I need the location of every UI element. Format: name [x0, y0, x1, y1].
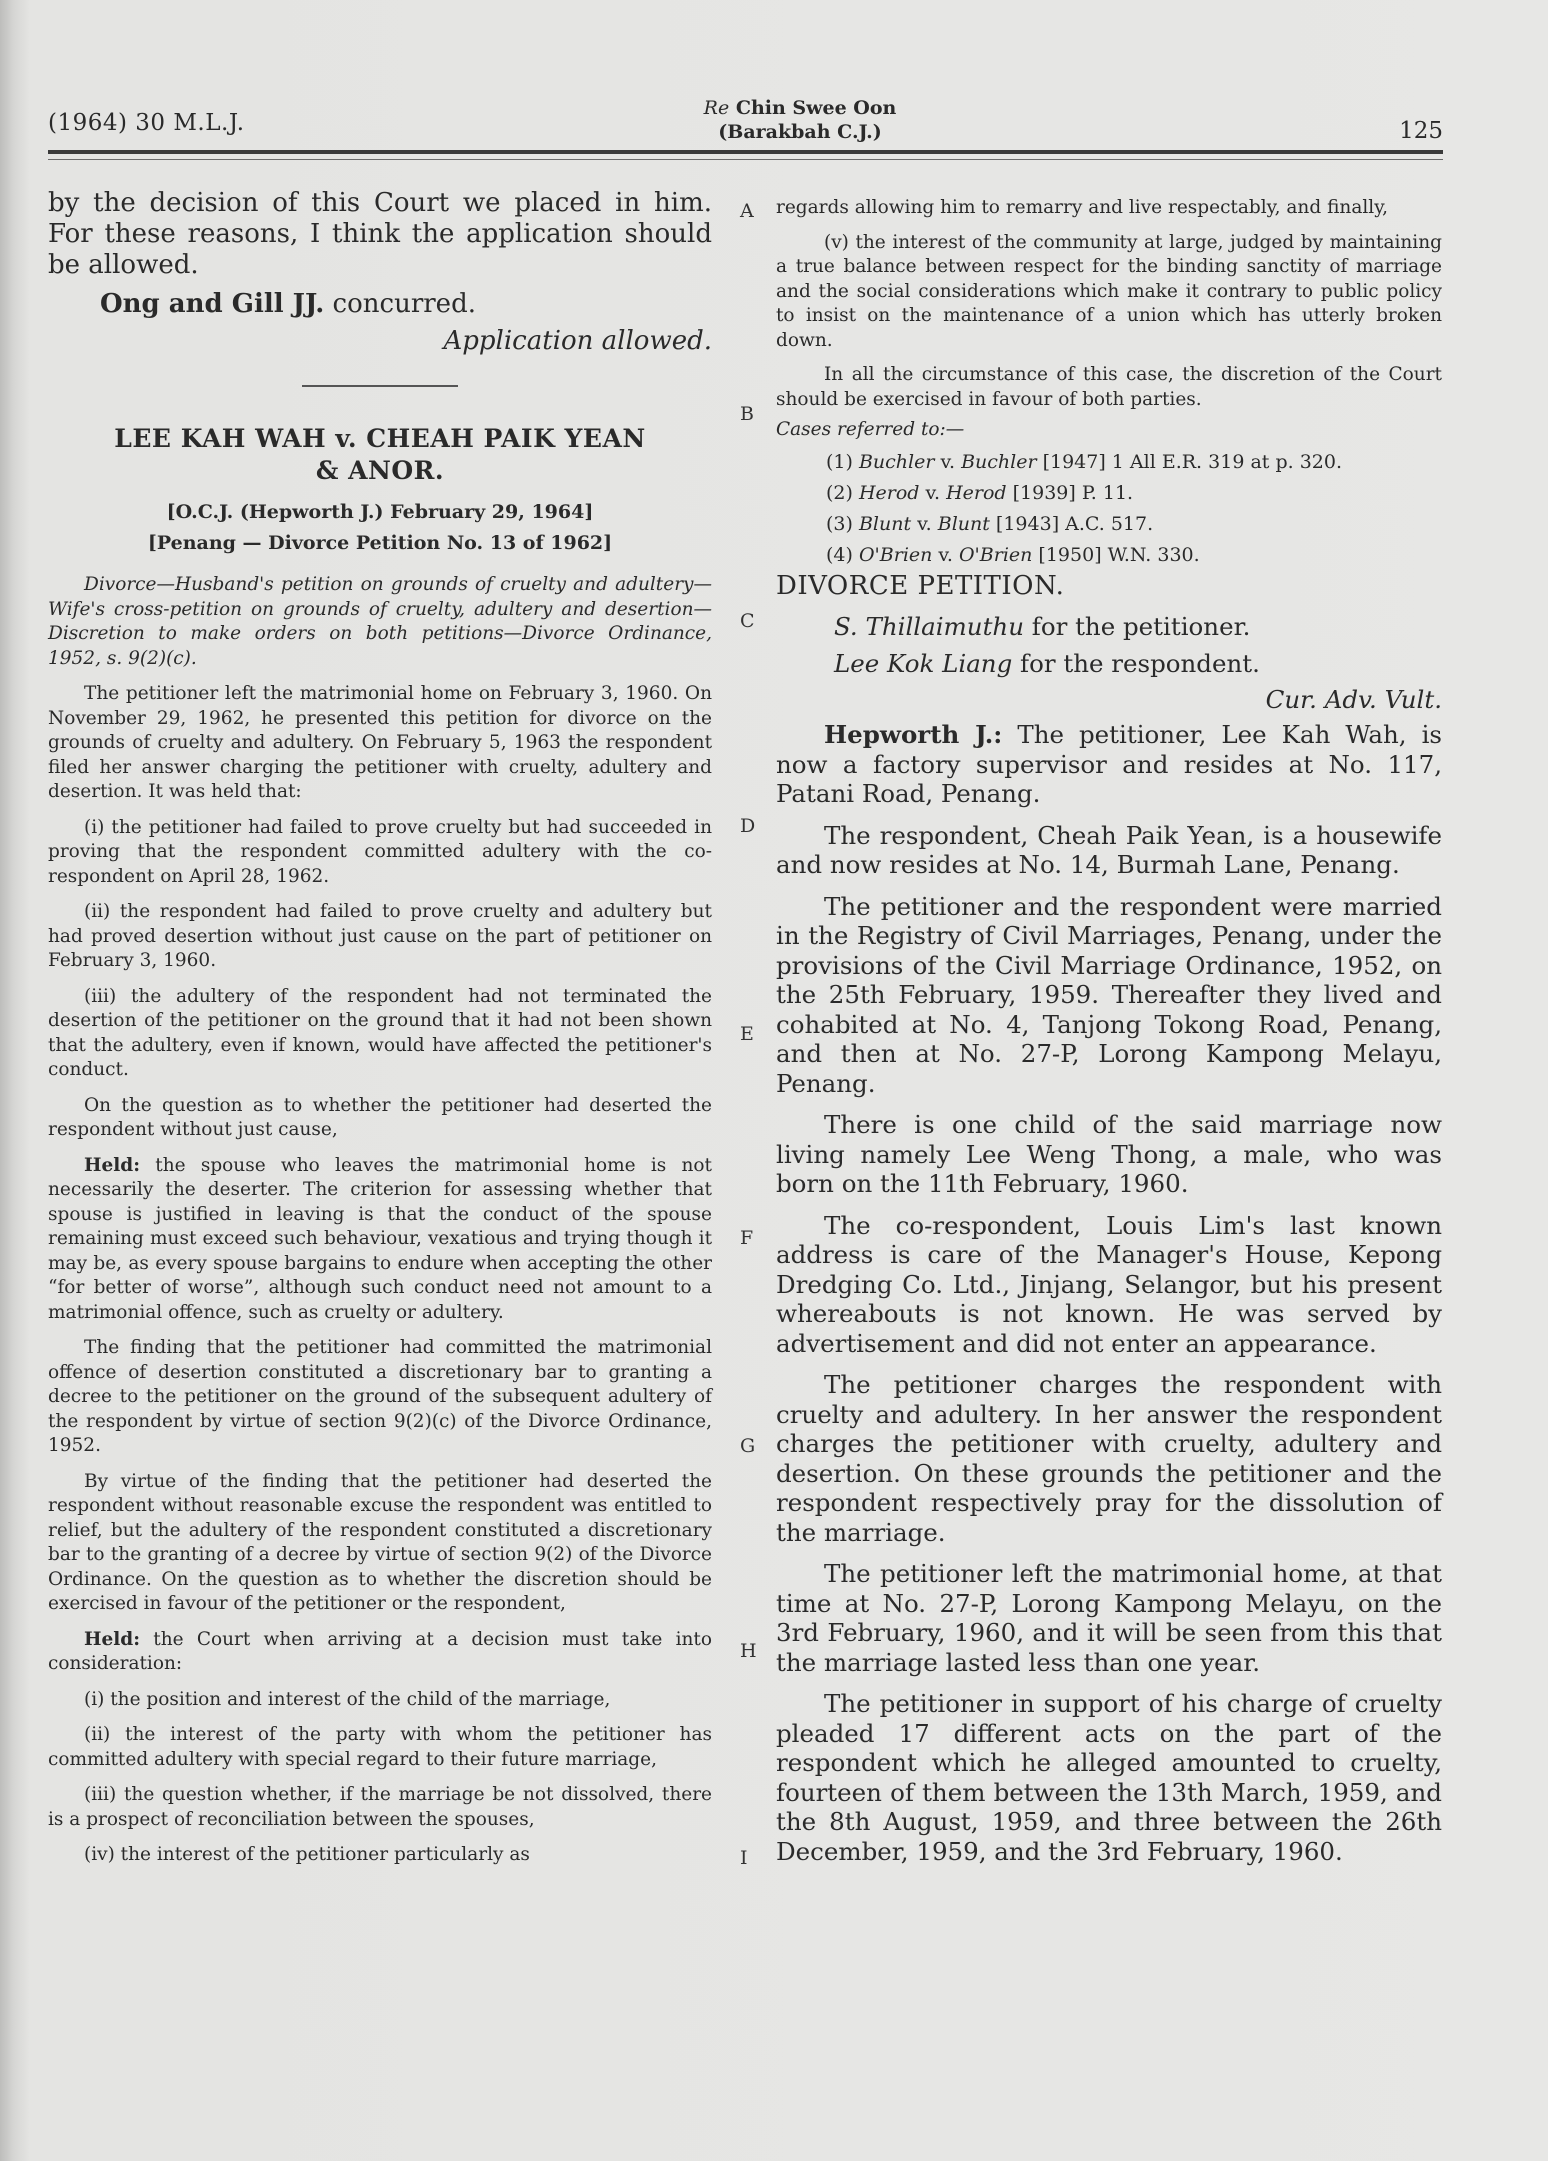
- case-citation: (3) Blunt v. Blunt [1943] A.C. 517.: [776, 511, 1442, 537]
- judgment-paragraph: The co-respondent, Louis Lim's last know…: [776, 1211, 1442, 1359]
- judgment-paragraph: The respondent, Cheah Paik Yean, is a ho…: [776, 821, 1442, 880]
- held-desertion-text: the spouse who leaves the matrimonial ho…: [48, 1155, 712, 1323]
- margin-letter-g: G: [740, 1435, 755, 1457]
- held-discretion-text: the Court when arriving at a decision mu…: [48, 1629, 712, 1675]
- case-v: v.: [934, 451, 961, 473]
- case-citation: (2) Herod v. Herod [1939] P. 11.: [776, 480, 1442, 506]
- case-party: Buchler: [859, 451, 934, 473]
- counsel-petitioner: S. Thillaimuthu for the petitioner.: [776, 612, 1442, 642]
- counsel-role: for the respondent.: [1012, 649, 1260, 678]
- case-ref: [1939] P. 11.: [1007, 482, 1134, 504]
- running-header: Re Chin Swee Oon (Barakbah C.J.): [600, 96, 1000, 144]
- holding-1: (i) the petitioner had failed to prove c…: [48, 816, 712, 890]
- case-num: (4): [826, 544, 853, 566]
- question-desertion: On the question as to whether the petiti…: [48, 1094, 712, 1143]
- page-number: 125: [1399, 118, 1443, 144]
- header-rule-thin: [48, 159, 1443, 160]
- held-desertion: Held: the spouse who leaves the matrimon…: [48, 1154, 712, 1326]
- headnote-facts: The petitioner left the matrimonial home…: [48, 682, 712, 805]
- case-title: LEE KAH WAH v. CHEAH PAIK YEAN & ANOR.: [48, 423, 712, 487]
- counsel-role: for the petitioner.: [1024, 612, 1250, 641]
- held-label-2: Held:: [84, 1629, 140, 1650]
- case-v: v.: [911, 513, 938, 535]
- left-column: by the decision of this Court we placed …: [48, 188, 712, 1868]
- finding: The finding that the petitioner had comm…: [48, 1336, 712, 1459]
- judgment-paragraph: The petitioner and the respondent were m…: [776, 892, 1442, 1099]
- result: Application allowed.: [48, 326, 712, 357]
- citation: (1964) 30 M.L.J.: [48, 110, 245, 136]
- case-party: Blunt: [859, 513, 911, 535]
- proceeding-heading: DIVORCE PETITION.: [776, 570, 1442, 602]
- catchwords: Divorce—Husband's petition on grounds of…: [48, 573, 712, 671]
- margin-letter-b: B: [740, 403, 754, 425]
- running-title-prefix: Re: [704, 97, 730, 119]
- case-party: Herod: [859, 482, 920, 504]
- case-v: v.: [932, 544, 959, 566]
- case-num: (3): [826, 513, 853, 535]
- cases-list: (1) Buchler v. Buchler [1947] 1 All E.R.…: [776, 449, 1442, 568]
- case-ref: [1947] 1 All E.R. 319 at p. 320.: [1037, 451, 1342, 473]
- court-line: [O.C.J. (Hepworth J.) February 29, 1964]: [48, 497, 712, 528]
- consideration-4-continued: regards allowing him to remarry and live…: [776, 196, 1442, 221]
- running-judge: (Barakbah C.J.): [600, 120, 1000, 144]
- margin-letter-c: C: [740, 610, 755, 632]
- case-citation: (1) Buchler v. Buchler [1947] 1 All E.R.…: [776, 449, 1442, 475]
- case-citation: (4) O'Brien v. O'Brien [1950] W.N. 330.: [776, 542, 1442, 568]
- concurrence-judges: Ong and Gill JJ.: [100, 289, 324, 319]
- margin-letter-i: I: [740, 1847, 748, 1869]
- counsel-name: S. Thillaimuthu: [834, 612, 1024, 641]
- running-title: Chin Swee Oon: [736, 97, 897, 119]
- consideration-4: (iv) the interest of the petitioner part…: [48, 1843, 712, 1868]
- case-num: (1): [826, 451, 853, 473]
- held-discretion: Held: the Court when arriving at a decis…: [48, 1628, 712, 1677]
- judgment-paragraph: Hepworth J.: The petitioner, Lee Kah Wah…: [776, 720, 1442, 809]
- judgment-paragraph: The petitioner charges the respondent wi…: [776, 1370, 1442, 1547]
- case-v: v.: [919, 482, 946, 504]
- case-party: Herod: [946, 482, 1007, 504]
- counsel-name: Lee Kok Liang: [834, 649, 1012, 678]
- margin-letter-d: D: [740, 815, 755, 837]
- consideration-3: (iii) the question whether, if the marri…: [48, 1783, 712, 1832]
- header-rule-thick: [48, 150, 1443, 154]
- margin-letter-h: H: [740, 1640, 757, 1662]
- cur-adv-vult: Cur. Adv. Vult.: [776, 685, 1442, 715]
- consideration-2: (ii) the interest of the party with whom…: [48, 1723, 712, 1772]
- margin-letter-a: A: [740, 200, 754, 222]
- case-separator: [302, 385, 458, 387]
- case-num: (2): [826, 482, 853, 504]
- case-ref: [1950] W.N. 330.: [1032, 544, 1199, 566]
- conclusion: In all the circumstance of this case, th…: [776, 363, 1442, 412]
- holding-2: (ii) the respondent had failed to prove …: [48, 900, 712, 974]
- judgment-paragraph: The petitioner in support of his charge …: [776, 1689, 1442, 1866]
- margin-letter-f: F: [740, 1227, 753, 1249]
- case-party: O'Brien: [859, 544, 932, 566]
- consideration-1: (i) the position and interest of the chi…: [48, 1688, 712, 1713]
- consideration-5: (v) the interest of the community at lar…: [776, 231, 1442, 354]
- counsel-respondent: Lee Kok Liang for the respondent.: [776, 649, 1442, 679]
- concurrence-text: concurred.: [324, 289, 476, 319]
- page: (1964) 30 M.L.J. Re Chin Swee Oon (Barak…: [0, 0, 1548, 2161]
- holding-3: (iii) the adultery of the respondent had…: [48, 985, 712, 1083]
- judge-label: Hepworth J.:: [824, 720, 1002, 749]
- case-ref: [1943] A.C. 517.: [990, 513, 1153, 535]
- margin-letter-e: E: [740, 1023, 754, 1045]
- previous-case-ending: by the decision of this Court we placed …: [48, 188, 712, 281]
- by-virtue: By virtue of the finding that the petiti…: [48, 1470, 712, 1617]
- judgment-paragraph: The petitioner left the matrimonial home…: [776, 1559, 1442, 1677]
- case-party: Buchler: [961, 451, 1036, 473]
- cases-heading: Cases referred to:—: [776, 418, 1442, 443]
- petition-line: [Penang — Divorce Petition No. 13 of 196…: [48, 528, 712, 559]
- case-party: O'Brien: [959, 544, 1032, 566]
- concurrence: Ong and Gill JJ. concurred.: [48, 289, 712, 320]
- right-column: regards allowing him to remarry and live…: [776, 196, 1442, 1866]
- held-label: Held:: [84, 1155, 140, 1176]
- case-party: Blunt: [938, 513, 990, 535]
- judgment-paragraph: There is one child of the said marriage …: [776, 1110, 1442, 1199]
